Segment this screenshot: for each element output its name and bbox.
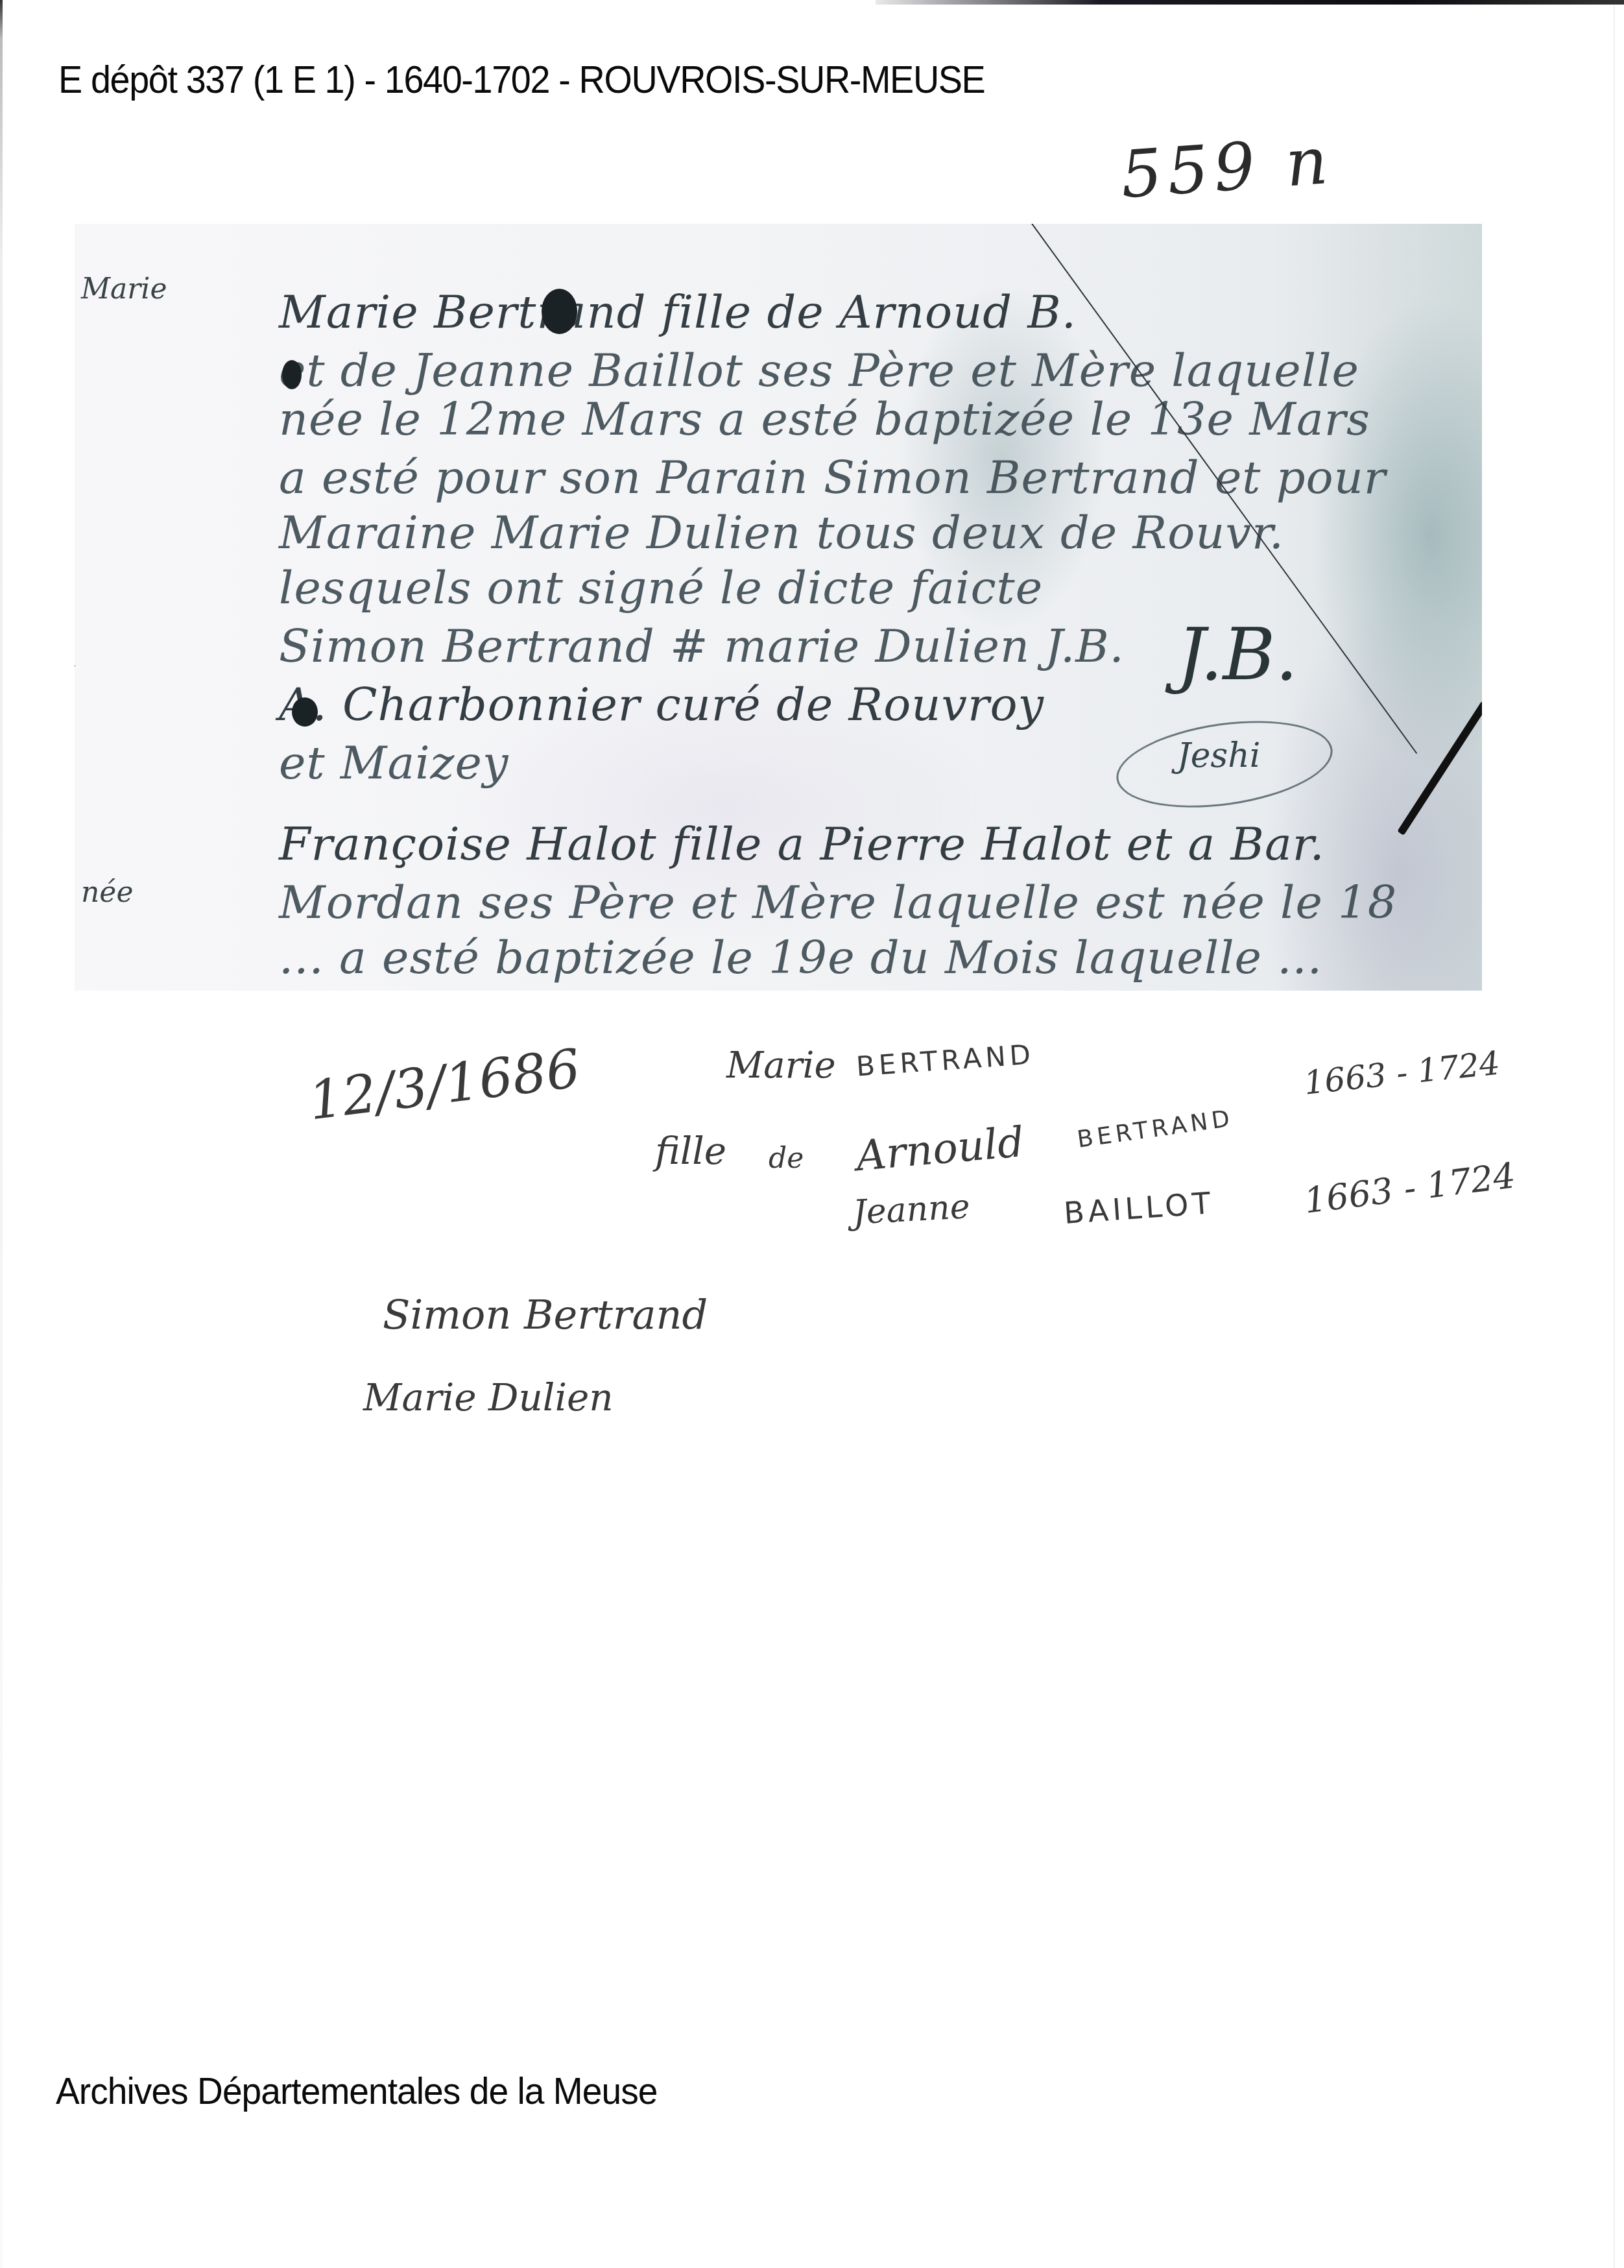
initials-signature: J.B.: [1177, 613, 1298, 696]
scan-edge-right: [1614, 5, 1615, 2268]
annotation-mother-last: BAILLOT: [1062, 1185, 1215, 1231]
scan-fold-mark: [1397, 701, 1482, 836]
parish-register-scan: Marie née Marie Bertrand fille de Arnoud…: [75, 224, 1482, 991]
margin-note-marie: Marie: [81, 272, 167, 306]
margin-note-nee: née: [81, 876, 133, 909]
annotation-mother-first: Jeanne: [852, 1187, 971, 1232]
handwritten-page-number: 559 n: [1118, 123, 1335, 213]
register-line: A. Charbonnier curé de Rouvroy: [279, 678, 1044, 731]
register-line: Mordan ses Père et Mère laquelle est née…: [279, 876, 1397, 929]
register-line: Marie Bertrand fille de Arnoud B.: [279, 285, 1077, 339]
scan-edge-left: [0, 0, 3, 2268]
witness-signature: Jeshi: [1177, 736, 1260, 775]
ink-blot: [542, 289, 577, 334]
annotation-father-first: Arnould: [854, 1118, 1026, 1181]
register-line: née le 12me Mars a esté baptizée le 13e …: [279, 392, 1370, 446]
register-line: lesquels ont signé le dicte faicte: [279, 561, 1043, 614]
document-header-title: E dépôt 337 (1 E 1) - 1640-1702 - ROUVRO…: [58, 57, 985, 102]
annotation-date: 12/3/1686: [305, 1038, 584, 1133]
register-line: et de Jeanne Baillot ses Père et Mère la…: [279, 344, 1359, 397]
annotation-de: de: [769, 1142, 804, 1175]
annotation-child-last: BERTRAND: [855, 1038, 1036, 1082]
margin-slash-mark: [75, 665, 75, 731]
register-line: Françoise Halot fille a Pierre Halot et …: [279, 817, 1325, 871]
archive-footer: Archives Départementales de la Meuse: [56, 2069, 657, 2113]
annotation-godmother: Marie Dulien: [363, 1375, 614, 1419]
register-line: a esté pour son Parain Simon Bertrand et…: [279, 451, 1386, 504]
ink-blot: [282, 360, 302, 389]
register-line: et Maizey: [279, 736, 508, 790]
annotation-father-last: BERTRAND: [1075, 1105, 1235, 1153]
register-line: ... a esté baptizée le 19e du Mois laque…: [279, 931, 1322, 984]
annotation-fille: fille: [655, 1129, 726, 1173]
annotation-father-dates: 1663 - 1724: [1302, 1044, 1502, 1102]
scan-edge-top: [876, 0, 1624, 5]
annotation-mother-dates: 1663 - 1724: [1302, 1155, 1518, 1221]
annotation-godfather: Simon Bertrand: [383, 1291, 708, 1338]
ink-blot: [292, 697, 318, 727]
annotation-child-first: Marie: [726, 1044, 836, 1087]
register-line: Maraine Marie Dulien tous deux de Rouvr.: [279, 506, 1284, 559]
register-line: Simon Bertrand # marie Dulien J.B.: [279, 620, 1125, 673]
